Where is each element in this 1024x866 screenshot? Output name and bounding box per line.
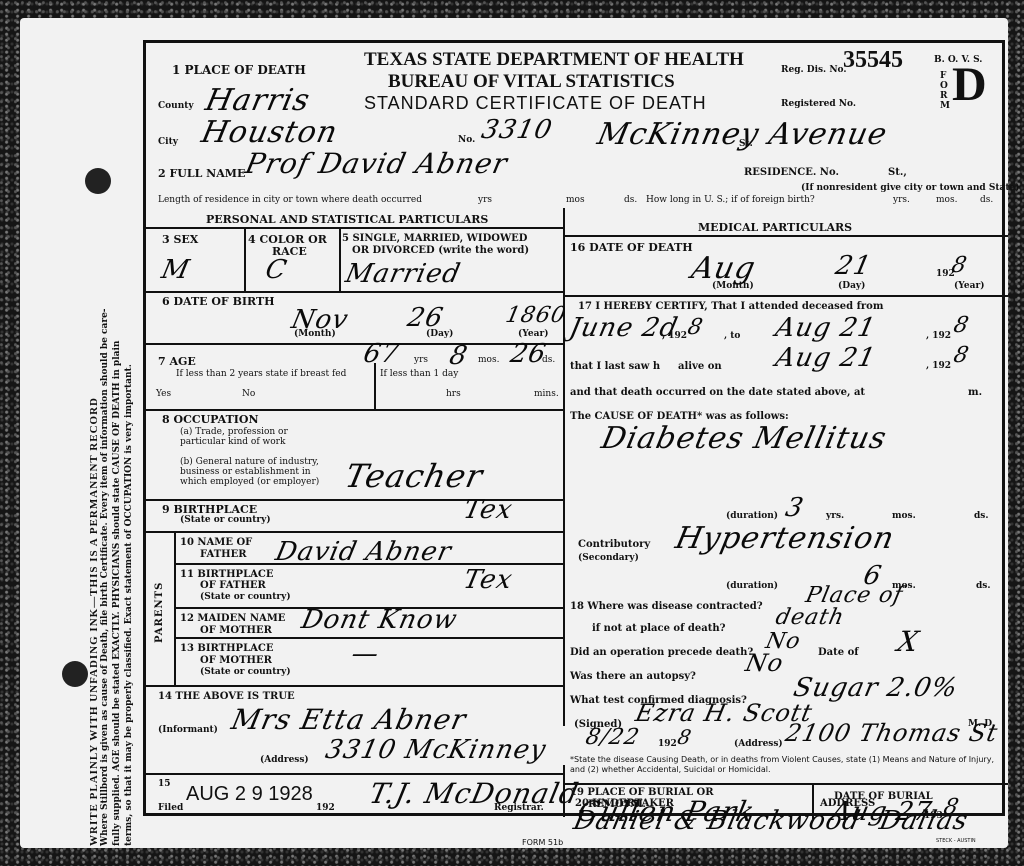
informant-address: 3310 McKinney	[323, 735, 549, 765]
registrar-label: Registrar.	[494, 803, 544, 813]
side-instructions-line4: terms, so that it may be properly classi…	[124, 364, 134, 846]
printer-mark: STECK - AUSTIN	[936, 838, 976, 844]
physician-address: 2100 Thomas St	[783, 719, 1001, 747]
county-label: County	[158, 101, 194, 111]
form-number: FORM 51b	[522, 838, 563, 847]
from-year-label: , 192	[662, 331, 687, 341]
street-number: 3310	[479, 115, 556, 145]
less-day-label: If less than 1 day	[380, 369, 458, 379]
mother-bp-label-2: OF MOTHER	[200, 655, 272, 666]
age-label: 7 AGE	[158, 355, 196, 368]
dob-year: 1860	[503, 303, 568, 328]
dod-day-caption: (Day)	[838, 281, 865, 291]
divider	[563, 783, 1008, 785]
st-label: St.	[739, 139, 753, 149]
physician-address-label: (Address)	[734, 739, 783, 749]
divider	[339, 227, 341, 291]
month-caption: (Month)	[294, 329, 336, 339]
side-instructions-line2: Where Stillbord is given as cause of Dea…	[100, 308, 110, 846]
mother-bp-sub: (State or country)	[200, 667, 291, 677]
mother-label: 12 MAIDEN NAME	[180, 613, 285, 624]
side-instructions: WRITE PLAINLY WITH UNFADING INK—THIS IS …	[88, 397, 100, 846]
length-ds: ds.	[624, 195, 637, 205]
occ-a-line2: particular kind of work	[180, 437, 285, 447]
contributory-label: Contributory	[578, 539, 650, 550]
parents-label: PARENTS	[154, 582, 165, 643]
autopsy-label: Was there an autopsy?	[570, 671, 696, 682]
mother-label-2: OF MOTHER	[200, 625, 272, 636]
birthplace-sub: (State or country)	[180, 515, 271, 525]
filed-192: 192	[316, 803, 335, 813]
occupation-value: Teacher	[342, 457, 487, 495]
divider	[146, 773, 563, 775]
city-label: City	[158, 137, 178, 147]
death-occurred-label: and that death occurred on the date stat…	[570, 387, 865, 398]
operation-label: Did an operation precede death?	[570, 647, 753, 658]
test-answer: Sugar 2.0%	[791, 673, 961, 703]
filed-number: 15	[158, 779, 171, 789]
divider	[146, 409, 563, 411]
q18b-label: if not at place of death?	[592, 623, 725, 634]
filed-label: Filed	[158, 803, 183, 813]
divider	[146, 227, 563, 229]
attended-to-date: Aug 21	[773, 313, 879, 343]
dod-label: 16 DATE OF DEATH	[570, 241, 693, 254]
occ-a-line1: (a) Trade, profession or	[180, 427, 288, 437]
occ-b-line1: (b) General nature of industry,	[180, 457, 319, 467]
cause-duration-value: 3	[783, 493, 807, 523]
cause-yrs: yrs.	[826, 511, 844, 521]
am-pm-label: m.	[968, 387, 982, 398]
to-label: , to	[724, 331, 740, 341]
race-value: C	[263, 255, 290, 285]
mother-value: Dont Know	[299, 605, 460, 635]
length-yrs: yrs	[478, 195, 492, 205]
from-year-hand: 8	[685, 315, 705, 340]
reg-dis-label: Reg. Dis. No.	[781, 65, 847, 75]
age-months: 8	[447, 341, 471, 371]
father-bp-value: Tex	[461, 565, 516, 595]
last-saw-year-label: , 192	[926, 361, 951, 371]
divider	[146, 531, 563, 533]
hrs-label: hrs	[446, 389, 461, 399]
city-value: Houston	[198, 115, 341, 150]
certificate-title: STANDARD CERTIFICATE OF DEATH	[364, 93, 707, 114]
last-saw-label: that I last saw h	[570, 361, 660, 372]
form-letter: D	[952, 61, 987, 109]
reg-number: 35545	[843, 47, 903, 74]
residence-label: RESIDENCE. No.	[744, 167, 839, 178]
alive-on-label: alive on	[678, 361, 722, 372]
father-label-2: FATHER	[200, 549, 247, 560]
mins-label: mins.	[534, 389, 559, 399]
informant-label: (Informant)	[158, 725, 218, 735]
cause-value: Diabetes Mellitus	[598, 421, 890, 456]
cause-footnote: *State the disease Causing Death, or in …	[570, 755, 1002, 775]
full-name-value: Prof David Abner	[242, 147, 510, 180]
dod-year-caption: (Year)	[954, 281, 984, 291]
foreign-ds: ds.	[980, 195, 993, 205]
no-label: No	[242, 389, 255, 399]
informant-value: Mrs Etta Abner	[228, 703, 469, 736]
date-of-label: Date of	[818, 647, 859, 658]
number-label: No.	[458, 135, 475, 145]
informant-true-label: 14 THE ABOVE IS TRUE	[158, 691, 295, 702]
age-years: 67	[361, 339, 402, 369]
place-of-death-label: 1 PLACE OF DEATH	[172, 63, 306, 77]
foreign-birth-label: How long in U. S.; if of foreign birth?	[646, 195, 815, 205]
mother-bp-label: 13 BIRTHPLACE	[180, 643, 273, 654]
last-saw-year-hand: 8	[951, 343, 971, 368]
divider	[244, 227, 246, 291]
medical-section-title: MEDICAL PARTICULARS	[698, 221, 852, 234]
dod-month-caption: (Month)	[712, 281, 754, 291]
undertaker-address-label: ADDRESS	[820, 798, 875, 809]
personal-section-title: PERSONAL AND STATISTICAL PARTICULARS	[206, 213, 488, 226]
dod-year-hand: 8	[949, 253, 969, 278]
father-bp-sub: (State or country)	[200, 592, 291, 602]
dod-day: 21	[833, 251, 874, 281]
side-instructions-line3: fully supplied. AGE should be stated EXA…	[112, 341, 122, 846]
divider	[146, 343, 563, 345]
hole-punch-top	[85, 168, 111, 194]
registrar-signature: T.J. McDonald	[366, 777, 582, 810]
cause-duration-label: (duration)	[726, 511, 778, 521]
divider	[374, 363, 376, 409]
father-label: 10 NAME OF	[180, 537, 252, 548]
birthplace-value: Tex	[461, 495, 516, 525]
father-bp-label-2: OF FATHER	[200, 580, 266, 591]
age-yrs-label: yrs	[414, 355, 428, 365]
marital-label-2: OR DIVORCED (write the word)	[352, 245, 529, 256]
county-value: Harris	[202, 83, 313, 118]
to-year-label: , 192	[926, 331, 951, 341]
cause-ds: ds.	[974, 511, 989, 521]
contrib-ds: ds.	[976, 581, 991, 591]
certificate-form: 1 PLACE OF DEATH TEXAS STATE DEPARTMENT …	[143, 40, 1005, 816]
breastfed-label: If less than 2 years state if breast fed	[176, 369, 346, 379]
age-ds-label: ds.	[542, 355, 555, 365]
occ-b-line3: which employed (or employer)	[180, 477, 319, 487]
undertaker-value: Daniel & Blackwood	[571, 806, 864, 836]
q18b-value: death	[773, 605, 847, 630]
informant-address-label: (Address)	[260, 755, 309, 765]
day-caption: (Day)	[426, 329, 453, 339]
autopsy-answer: No	[743, 649, 786, 677]
contributory-sub: (Secondary)	[578, 553, 639, 563]
foreign-mos: mos.	[936, 195, 957, 205]
filed-stamp: AUG 2 9 1928	[186, 783, 313, 806]
marital-label: 5 SINGLE, MARRIED, WIDOWED	[342, 233, 527, 244]
yes-label: Yes	[156, 389, 171, 399]
length-mos: mos	[566, 195, 585, 205]
last-saw-date: Aug 21	[773, 343, 879, 373]
mother-bp-value: —	[349, 639, 382, 669]
hole-punch-bottom	[62, 661, 88, 687]
occ-b-line2: business or establishment in	[180, 467, 311, 477]
dept-title: TEXAS STATE DEPARTMENT OF HEALTH	[364, 49, 744, 71]
signed-192: 192	[658, 739, 677, 749]
bureau-title: BUREAU OF VITAL STATISTICS	[388, 71, 675, 93]
cause-mos: mos.	[892, 511, 916, 521]
contrib-duration-label: (duration)	[726, 581, 778, 591]
form-word: FORM	[940, 71, 948, 111]
q18-label: 18 Where was disease contracted?	[570, 601, 763, 612]
certify-line: 17 I HEREBY CERTIFY, That I attended dec…	[578, 301, 883, 312]
divider	[146, 291, 563, 293]
father-bp-label: 11 BIRTHPLACE	[180, 569, 273, 580]
length-residence-label: Length of residence in city or town wher…	[158, 195, 422, 205]
sex-value: M	[159, 255, 193, 285]
divider	[563, 295, 1008, 297]
age-mos-label: mos.	[478, 355, 499, 365]
dob-label: 6 DATE OF BIRTH	[162, 295, 275, 308]
registered-label: Registered No.	[781, 99, 856, 109]
column-divider	[563, 208, 565, 726]
to-year-hand: 8	[951, 313, 971, 338]
residence-st: St.,	[888, 167, 907, 178]
divider	[563, 235, 1008, 237]
signed-date: 8/22	[583, 725, 642, 750]
sex-label: 3 SEX	[162, 233, 198, 246]
marital-value: Married	[343, 259, 464, 289]
year-caption: (Year)	[518, 329, 548, 339]
divider	[146, 685, 563, 687]
date-of-answer: X	[894, 625, 922, 658]
undertaker-address: Dallas	[877, 806, 971, 836]
occupation-label: 8 OCCUPATION	[162, 413, 259, 426]
full-name-label: 2 FULL NAME	[158, 167, 245, 180]
nonresident-note: (If nonresident give city or town and St…	[801, 183, 1019, 193]
contributory-value: Hypertension	[672, 521, 897, 556]
foreign-yrs: yrs.	[893, 195, 910, 205]
signed-year-hand: 8	[675, 725, 694, 749]
